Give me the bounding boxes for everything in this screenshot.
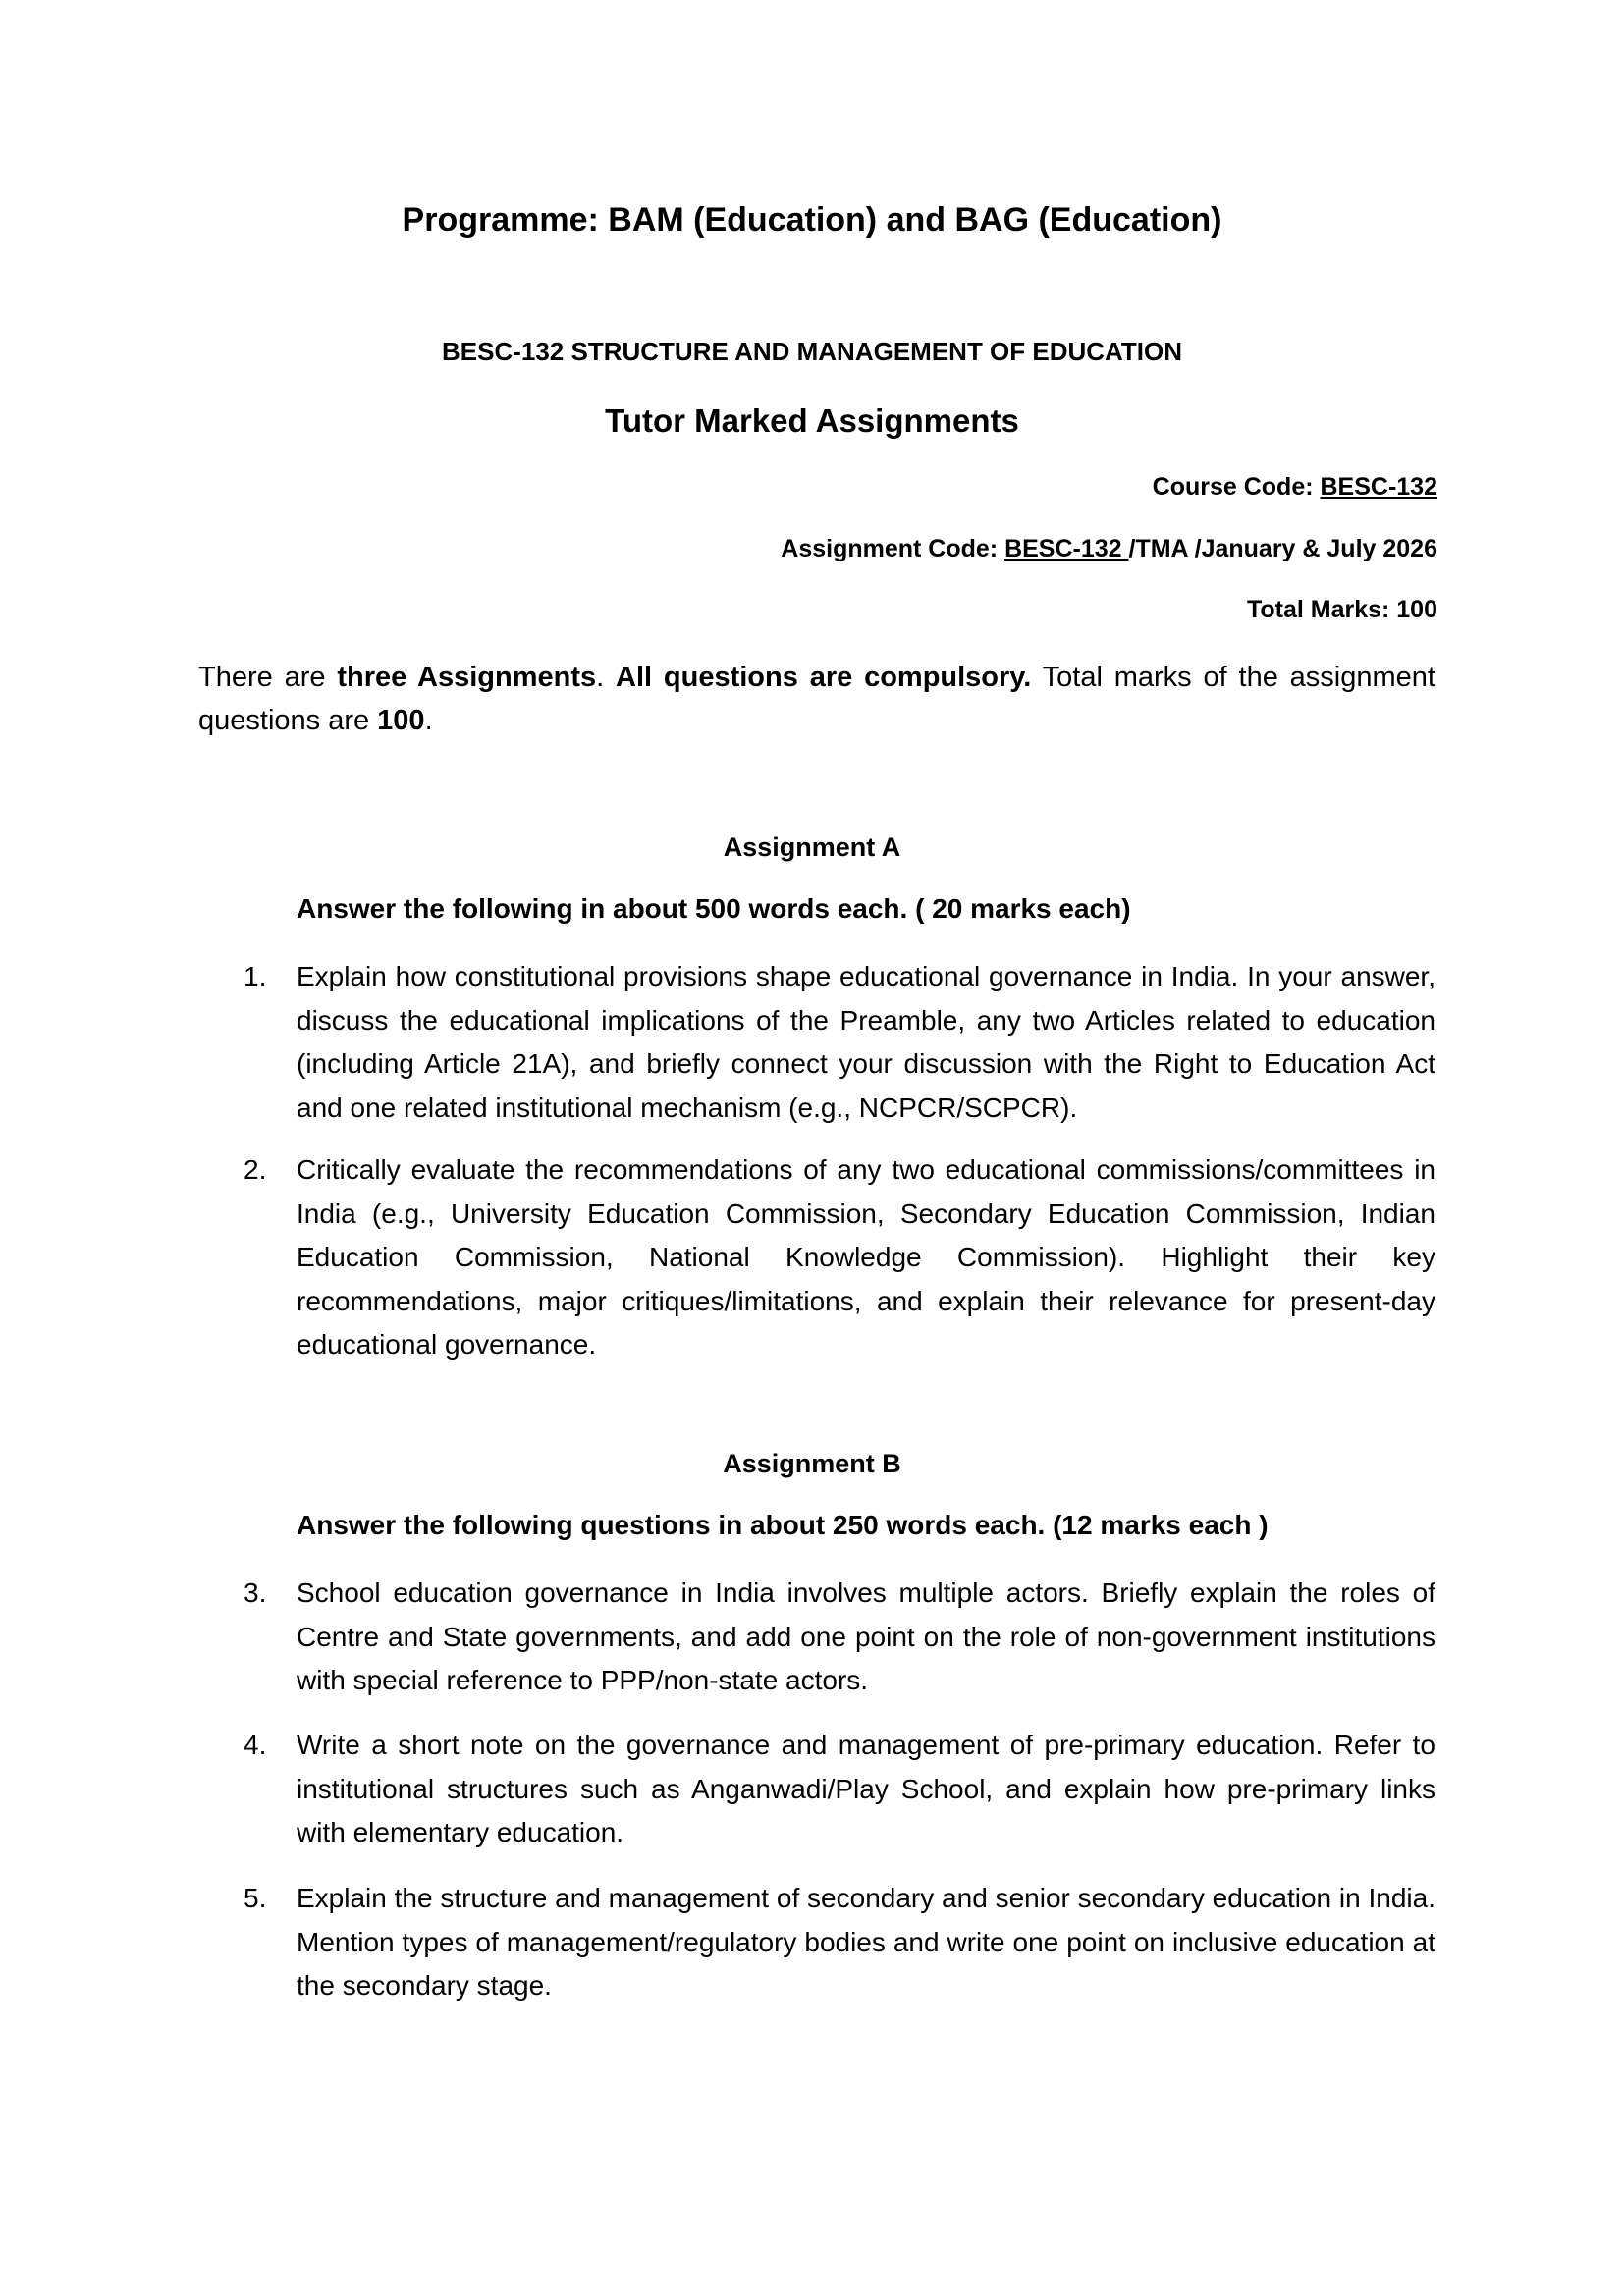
- intro-text: There are: [198, 662, 337, 693]
- question-item: 1. Explain how constitutional provisions…: [244, 955, 1435, 1130]
- question-number: 3.: [244, 1572, 293, 1616]
- course-code: Course Code: BESC-132: [1153, 473, 1437, 502]
- document-page: Programme: BAM (Education) and BAG (Educ…: [0, 0, 1624, 2296]
- section-title-b: Assignment B: [0, 1449, 1624, 1479]
- intro-paragraph: There are three Assignments. All questio…: [198, 656, 1435, 742]
- question-item: 3. School education governance in India …: [244, 1572, 1435, 1703]
- course-code-value: BESC-132: [1321, 473, 1438, 501]
- question-text: School education governance in India inv…: [297, 1572, 1435, 1703]
- question-number: 5.: [244, 1877, 293, 1921]
- assignment-code-value: BESC-132: [1004, 535, 1128, 562]
- intro-text: .: [596, 662, 616, 693]
- total-marks: Total Marks: 100: [1247, 596, 1437, 624]
- section-title-a: Assignment A: [0, 832, 1624, 863]
- question-text: Explain the structure and management of …: [297, 1877, 1435, 2008]
- intro-bold: 100: [377, 705, 424, 736]
- section-instruction-a: Answer the following in about 500 words …: [297, 893, 1131, 925]
- question-item: 4. Write a short note on the governance …: [244, 1724, 1435, 1855]
- question-number: 4.: [244, 1724, 293, 1768]
- question-item: 5. Explain the structure and management …: [244, 1877, 1435, 2008]
- intro-bold: All questions are compulsory.: [616, 662, 1031, 693]
- intro-text: .: [425, 705, 433, 736]
- assignment-code-label: Assignment Code:: [781, 535, 1004, 562]
- intro-bold: three Assignments: [337, 662, 596, 693]
- assignment-code-suffix: /TMA /January & July 2026: [1129, 535, 1437, 562]
- course-title: BESC-132 STRUCTURE AND MANAGEMENT OF EDU…: [0, 337, 1624, 367]
- question-text: Critically evaluate the recommendations …: [297, 1148, 1435, 1367]
- assignment-code: Assignment Code: BESC-132 /TMA /January …: [781, 535, 1437, 563]
- course-code-label: Course Code:: [1153, 473, 1321, 501]
- question-number: 2.: [244, 1148, 293, 1193]
- question-item: 2. Critically evaluate the recommendatio…: [244, 1148, 1435, 1367]
- question-text: Explain how constitutional provisions sh…: [297, 955, 1435, 1130]
- document-type-heading: Tutor Marked Assignments: [0, 402, 1624, 440]
- section-instruction-b: Answer the following questions in about …: [297, 1510, 1269, 1541]
- question-text: Write a short note on the governance and…: [297, 1724, 1435, 1855]
- programme-title: Programme: BAM (Education) and BAG (Educ…: [0, 201, 1624, 240]
- question-number: 1.: [244, 955, 293, 999]
